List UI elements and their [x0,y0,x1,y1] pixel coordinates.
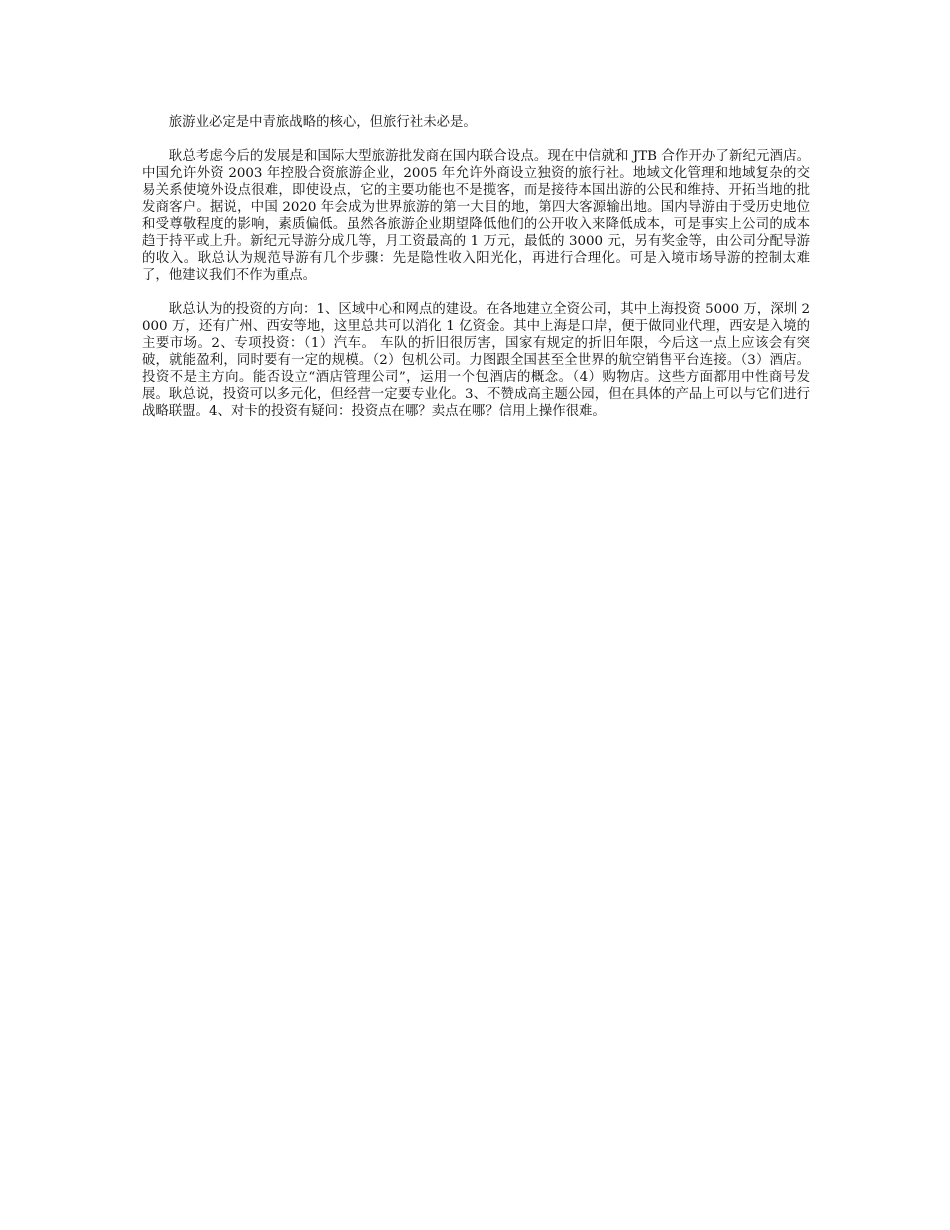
document-page: 旅游业必定是中青旅战略的核心，但旅行社未必是。 耿总考虑今后的发展是和国际大型旅… [142,114,810,437]
paragraph-core-strategy: 旅游业必定是中青旅战略的核心，但旅行社未必是。 [142,114,810,131]
paragraph-investment-directions: 耿总认为的投资的方向：1、区域中心和网点的建设。在各地建立全资公司，其中上海投资… [142,301,810,420]
paragraph-development-guides: 耿总考虑今后的发展是和国际大型旅游批发商在国内联合设点。现在中信就和 JTB 合… [142,148,810,284]
